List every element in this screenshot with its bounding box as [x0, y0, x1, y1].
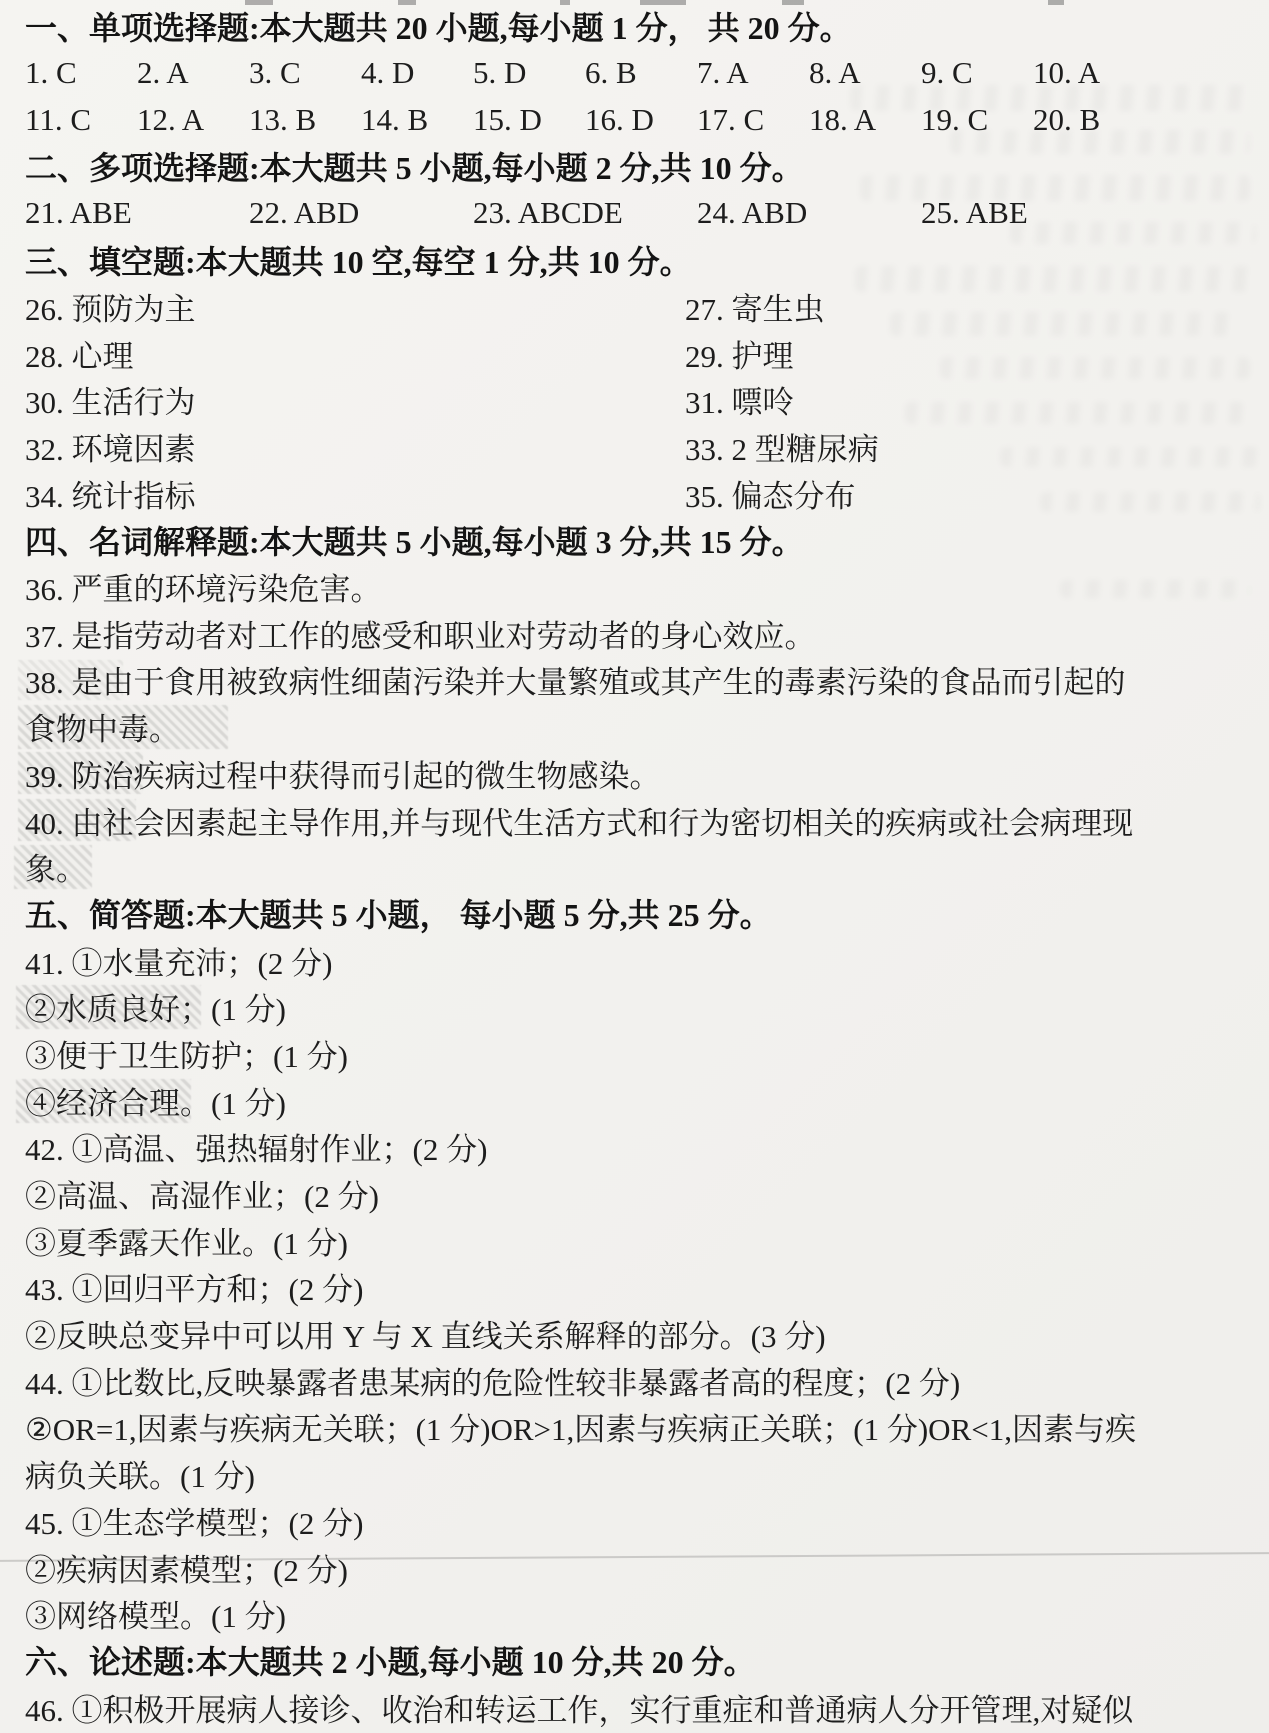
answer-q45-point-3: ③网络模型。(1 分)	[0, 1590, 1269, 1637]
single-choice-row-1: 1. C 2. A 3. C 4. D 5. D 6. B 7. A 8. A …	[0, 50, 1269, 97]
answer-q24: 24. ABD	[697, 195, 921, 231]
answer-q31: 31. 嘌呤	[685, 377, 794, 422]
answer-q7: 7. A	[697, 55, 809, 91]
answer-q42-point-2: ②高温、高湿作业；(2 分)	[0, 1170, 1269, 1217]
answer-q37: 37. 是指劳动者对工作的感受和职业对劳动者的身心效应。	[0, 610, 1269, 657]
answer-q28: 28. 心理	[25, 331, 685, 376]
single-choice-row-2: 11. C 12. A 13. B 14. B 15. D 16. D 17. …	[0, 96, 1269, 143]
answer-q42-point-1: 42. ①高温、强热辐射作业；(2 分)	[0, 1124, 1269, 1171]
scanned-exam-answer-sheet: 一、单项选择题:本大题共 20 小题,每小题 1 分， 共 20 分。 1. C…	[0, 0, 1269, 1733]
fill-blank-row-3: 30. 生活行为 31. 嘌呤	[0, 377, 1269, 424]
answer-q46-line-1: 46. ①积极开展病人接诊、收治和转运工作，实行重症和普通病人分开管理,对疑似	[0, 1684, 1269, 1731]
answer-q32: 32. 环境因素	[25, 424, 685, 469]
answer-q45-point-2: ②疾病因素模型；(2 分)	[0, 1544, 1269, 1591]
answer-q40-cont: 象。	[0, 843, 1269, 890]
answer-q35: 35. 偏态分布	[685, 471, 856, 516]
answer-q36: 36. 严重的环境污染危害。	[0, 563, 1269, 610]
answer-q30: 30. 生活行为	[25, 377, 685, 422]
answer-q42-point-3: ③夏季露天作业。(1 分)	[0, 1217, 1269, 1264]
answer-q13: 13. B	[249, 102, 361, 138]
answer-q20: 20. B	[1033, 102, 1145, 138]
answer-q19: 19. C	[921, 102, 1033, 138]
answer-q8: 8. A	[809, 55, 921, 91]
answer-q27: 27. 寄生虫	[685, 284, 825, 329]
section-3-heading: 三、填空题:本大题共 10 空,每空 1 分,共 10 分。	[0, 236, 1269, 283]
answer-q44-point-2-cont: 病负关联。(1 分)	[0, 1450, 1269, 1497]
answer-q15: 15. D	[473, 102, 585, 138]
answer-q21: 21. ABE	[25, 195, 249, 231]
answer-q2: 2. A	[137, 55, 249, 91]
answer-q41-point-4: ④经济合理。(1 分)	[0, 1077, 1269, 1124]
multiple-choice-row: 21. ABE 22. ABD 23. ABCDE 24. ABD 25. AB…	[0, 190, 1269, 237]
answer-q39: 39. 防治疾病过程中获得而引起的微生物感染。	[0, 750, 1269, 797]
answer-q6: 6. B	[585, 55, 697, 91]
answer-q41-point-2: ②水质良好；(1 分)	[0, 983, 1269, 1030]
section-4-heading: 四、名词解释题:本大题共 5 小题,每小题 3 分,共 15 分。	[0, 517, 1269, 564]
answer-q33: 33. 2 型糖尿病	[685, 424, 879, 469]
section-5-heading: 五、简答题:本大题共 5 小题， 每小题 5 分,共 25 分。	[0, 890, 1269, 937]
answer-q17: 17. C	[697, 102, 809, 138]
section-1-heading: 一、单项选择题:本大题共 20 小题,每小题 1 分， 共 20 分。	[0, 3, 1269, 50]
answer-key-content: 一、单项选择题:本大题共 20 小题,每小题 1 分， 共 20 分。 1. C…	[0, 0, 1269, 1730]
answer-q10: 10. A	[1033, 55, 1145, 91]
answer-q44-point-2: ②OR=1,因素与疾病无关联；(1 分)OR>1,因素与疾病正关联；(1 分)O…	[0, 1404, 1269, 1451]
fill-blank-row-5: 34. 统计指标 35. 偏态分布	[0, 470, 1269, 517]
answer-q43-point-1: 43. ①回归平方和；(2 分)	[0, 1264, 1269, 1311]
fill-blank-row-2: 28. 心理 29. 护理	[0, 330, 1269, 377]
answer-q43-point-2: ②反映总变异中可以用 Y 与 X 直线关系解释的部分。(3 分)	[0, 1310, 1269, 1357]
fill-blank-row-1: 26. 预防为主 27. 寄生虫	[0, 283, 1269, 330]
answer-q29: 29. 护理	[685, 331, 794, 376]
fill-blank-row-4: 32. 环境因素 33. 2 型糖尿病	[0, 423, 1269, 470]
section-2-heading: 二、多项选择题:本大题共 5 小题,每小题 2 分,共 10 分。	[0, 143, 1269, 190]
answer-q26: 26. 预防为主	[25, 284, 685, 329]
answer-q16: 16. D	[585, 102, 697, 138]
answer-q34: 34. 统计指标	[25, 471, 685, 516]
answer-q38: 38. 是由于食用被致病性细菌污染并大量繁殖或其产生的毒素污染的食品而引起的	[0, 657, 1269, 704]
answer-q45-point-1: 45. ①生态学模型；(2 分)	[0, 1497, 1269, 1544]
answer-q11: 11. C	[25, 102, 137, 138]
answer-q23: 23. ABCDE	[473, 195, 697, 231]
answer-q40: 40. 由社会因素起主导作用,并与现代生活方式和行为密切相关的疾病或社会病理现	[0, 797, 1269, 844]
answer-q12: 12. A	[137, 102, 249, 138]
answer-q41-point-3: ③便于卫生防护；(1 分)	[0, 1030, 1269, 1077]
answer-q38-cont: 食物中毒。	[0, 703, 1269, 750]
answer-q3: 3. C	[249, 55, 361, 91]
answer-q4: 4. D	[361, 55, 473, 91]
answer-q1: 1. C	[25, 55, 137, 91]
answer-q44-point-1: 44. ①比数比,反映暴露者患某病的危险性较非暴露者高的程度；(2 分)	[0, 1357, 1269, 1404]
answer-q22: 22. ABD	[249, 195, 473, 231]
answer-q9: 9. C	[921, 55, 1033, 91]
answer-q14: 14. B	[361, 102, 473, 138]
answer-q41-point-1: 41. ①水量充沛；(2 分)	[0, 937, 1269, 984]
answer-q18: 18. A	[809, 102, 921, 138]
answer-q25: 25. ABE	[921, 195, 1145, 231]
section-6-heading: 六、论述题:本大题共 2 小题,每小题 10 分,共 20 分。	[0, 1637, 1269, 1684]
answer-q5: 5. D	[473, 55, 585, 91]
